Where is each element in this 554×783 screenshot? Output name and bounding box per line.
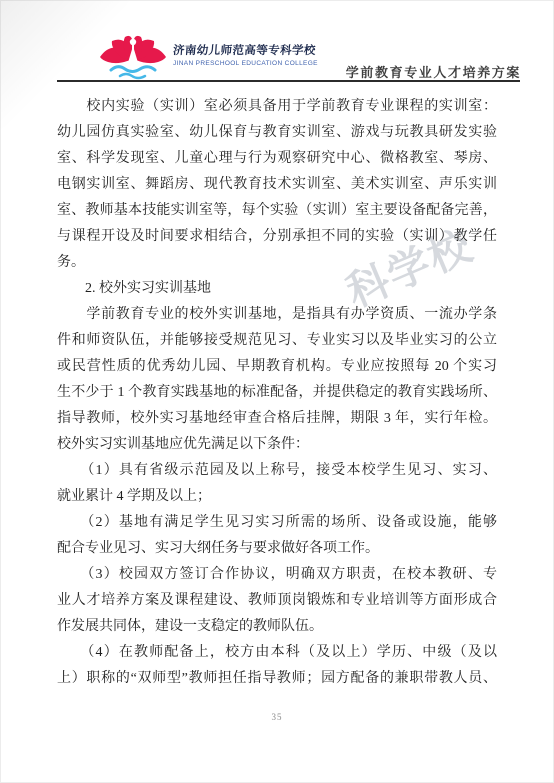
text-line: 就业累计 4 学期及以上； [57,484,497,510]
text-line: （3）校园双方签订合作协议，明确双方职责，在校本教研、专 [57,562,497,588]
page-number: 35 [0,712,554,722]
text-line: 或民营性质的优秀幼儿园、早期教育机构。专业应按照每 20 个实习 [57,354,497,380]
text-line: 务。 [57,250,497,276]
text-line: 与课程开设及时间要求相结合，分别承担不同的实验（实训）教学任 [57,224,497,250]
text-line: 作发展共同体，建设一支稳定的教师队伍。 [57,614,497,640]
text-line: 生不少于 1 个教育实践基地的标准配备，并提供稳定的教育实践场所、 [57,380,497,406]
text-line: 业人才培养方案及课程建设、教师顶岗锻炼和专业培训等方面形成合 [57,588,497,614]
college-name-en: JINAN PRESCHOOL EDUCATION COLLEGE [173,60,318,67]
text-line: 校内实验（实训）室必须具备用于学前教育专业课程的实训室： [57,94,497,120]
document-title: 学前教育专业人才培养方案 [346,62,521,81]
text-line: 件和师资队伍，并能够接受规范见习、专业实习以及毕业实习的公立 [57,328,497,354]
college-name-block: 济南幼儿师范高等专科学校 JINAN PRESCHOOL EDUCATION C… [173,34,318,67]
college-logo: 济南幼儿师范高等专科学校 JINAN PRESCHOOL EDUCATION C… [98,34,318,80]
text-line: 指导教师，校外实习基地经审查合格后挂牌，期限 3 年，实行年检。 [57,406,497,432]
document-body: 校内实验（实训）室必须具备用于学前教育专业课程的实训室：幼儿园仿真实验室、幼儿保… [57,94,497,692]
document-page: 济南幼儿师范高等专科学校 JINAN PRESCHOOL EDUCATION C… [0,0,554,783]
text-line: 室、教师基本技能实训室等，每个实验（实训）室主要设备配备完善， [57,198,497,224]
text-line: 校外实习实训基地应优先满足以下条件： [57,432,497,458]
text-line: 上）职称的“双师型”教师担任指导教师；园方配备的兼职带教人员、 [57,666,497,692]
college-logo-flower-icon [98,34,168,80]
text-line: （2）基地有满足学生见习实习所需的场所、设备或设施，能够 [57,510,497,536]
text-line: 电钢实训室、舞蹈房、现代教育技术实训室、美术实训室、声乐实训 [57,172,497,198]
header-rule [57,80,520,82]
text-line: 学前教育专业的校外实训基地，是指具有办学资质、一流办学条 [57,302,497,328]
text-line: （4）在教师配备上，校方由本科（及以上）学历、中级（及以 [57,640,497,666]
section-heading-line: 2. 校外实习实训基地 [57,276,497,302]
text-line: 幼儿园仿真实验室、幼儿保育与教育实训室、游戏与玩教具研发实验 [57,120,497,146]
college-name-zh: 济南幼儿师范高等专科学校 [172,42,318,58]
text-line: （1）具有省级示范园及以上称号，接受本校学生见习、实习、 [57,458,497,484]
text-line: 室、科学发现室、儿童心理与行为观察研究中心、微格教室、琴房、 [57,146,497,172]
text-line: 配合专业见习、实习大纲任务与要求做好各项工作。 [57,536,497,562]
